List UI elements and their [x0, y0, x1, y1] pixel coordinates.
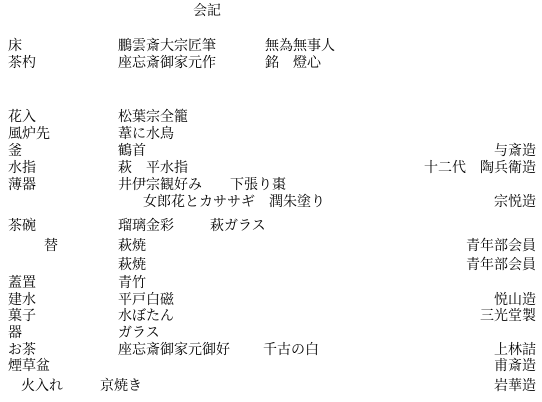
item-label: 火入れ: [21, 379, 63, 394]
kaiki-row: 器 ガラス: [0, 326, 542, 341]
item-description: 葦に水鳥: [118, 127, 174, 142]
kaiki-row: 建水 平戸白磁 悦山造: [0, 293, 542, 308]
item-detail: 銘 燈心: [265, 56, 321, 71]
item-label: 菓子: [8, 309, 36, 324]
kaiki-document: 会記 床 鵬雲斎大宗匠筆 無為無事人 茶杓 座忘斎御家元作 銘 燈心 花入 松葉…: [0, 0, 542, 402]
kaiki-row: 煙草盆 甫斎造: [0, 359, 542, 374]
item-description: 井伊宗観好み: [118, 178, 202, 193]
page-title: 会記: [193, 4, 221, 19]
item-label: 茶杓: [8, 56, 36, 71]
item-description: ガラス: [118, 326, 160, 341]
kaiki-row: 蓋置 青竹: [0, 276, 542, 291]
kaiki-row: 花入 松葉宗全籠: [0, 110, 542, 125]
item-maker: 甫斎造: [494, 359, 536, 374]
kaiki-row: 釜 鶴首 与斎造: [0, 144, 542, 159]
item-detail: 萩ガラス: [210, 219, 266, 234]
item-maker: 与斎造: [494, 144, 536, 159]
item-label: 建水: [8, 293, 36, 308]
item-label: 蓋置: [8, 276, 36, 291]
kaiki-row: 菓子 水ぼたん 三光堂製: [0, 309, 542, 324]
item-description: 萩焼: [118, 258, 146, 273]
item-maker: 悦山造: [494, 293, 536, 308]
item-description: 座忘斎御家元御好: [118, 343, 230, 358]
item-label: 茶碗: [8, 219, 36, 234]
item-description: 座忘斎御家元作: [118, 56, 216, 71]
item-label: 釜: [8, 144, 22, 159]
kaiki-row: 風炉先 葦に水鳥: [0, 127, 542, 142]
kaiki-row: 水指 萩 平水指 十二代 陶兵衛造: [0, 161, 542, 176]
item-label: 器: [8, 326, 22, 341]
item-label: 花入: [8, 110, 36, 125]
kaiki-row: 茶碗 瑠璃金彩 萩ガラス: [0, 219, 542, 234]
item-label: 水指: [8, 161, 36, 176]
item-detail: 千古の白: [263, 343, 319, 358]
kaiki-row: お茶 座忘斎御家元御好 千古の白 上林詰: [0, 343, 542, 358]
item-label: 替: [44, 239, 58, 254]
item-description: 青竹: [118, 276, 146, 291]
item-maker: 青年部会員: [466, 239, 536, 254]
item-maker: 青年部会員: [466, 258, 536, 273]
item-maker: 三光堂製: [480, 309, 536, 324]
item-maker: 十二代 陶兵衛造: [424, 161, 536, 176]
item-description: 女郎花とカササギ 潤朱塗り: [143, 195, 325, 210]
kaiki-row: 茶杓 座忘斎御家元作 銘 燈心: [0, 56, 542, 71]
item-description: 萩 平水指: [118, 161, 188, 176]
item-maker: 宗悦造: [494, 195, 536, 210]
item-label: 煙草盆: [8, 359, 50, 374]
item-description: 京焼き: [100, 379, 142, 394]
item-description: 鵬雲斎大宗匠筆: [118, 39, 216, 54]
item-detail: 無為無事人: [265, 39, 335, 54]
kaiki-row: 萩焼 青年部会員: [0, 258, 542, 273]
item-label: お茶: [8, 343, 36, 358]
kaiki-row: 薄器 井伊宗観好み 下張り棗: [0, 178, 542, 193]
item-label: 風炉先: [8, 127, 50, 142]
item-detail: 下張り棗: [230, 178, 286, 193]
item-label: 薄器: [8, 178, 36, 193]
item-description: 萩焼: [118, 239, 146, 254]
item-description: 平戸白磁: [118, 293, 174, 308]
kaiki-row: 女郎花とカササギ 潤朱塗り 宗悦造: [0, 195, 542, 210]
kaiki-row: 床 鵬雲斎大宗匠筆 無為無事人: [0, 39, 542, 54]
item-description: 松葉宗全籠: [118, 110, 188, 125]
kaiki-row: 替 萩焼 青年部会員: [0, 239, 542, 254]
item-description: 鶴首: [118, 144, 146, 159]
item-description: 瑠璃金彩: [118, 219, 174, 234]
item-description: 水ぼたん: [118, 309, 174, 324]
item-maker: 岩華造: [494, 379, 536, 394]
item-label: 床: [8, 39, 22, 54]
kaiki-row: 火入れ 京焼き 岩華造: [0, 379, 542, 394]
item-maker: 上林詰: [494, 343, 536, 358]
